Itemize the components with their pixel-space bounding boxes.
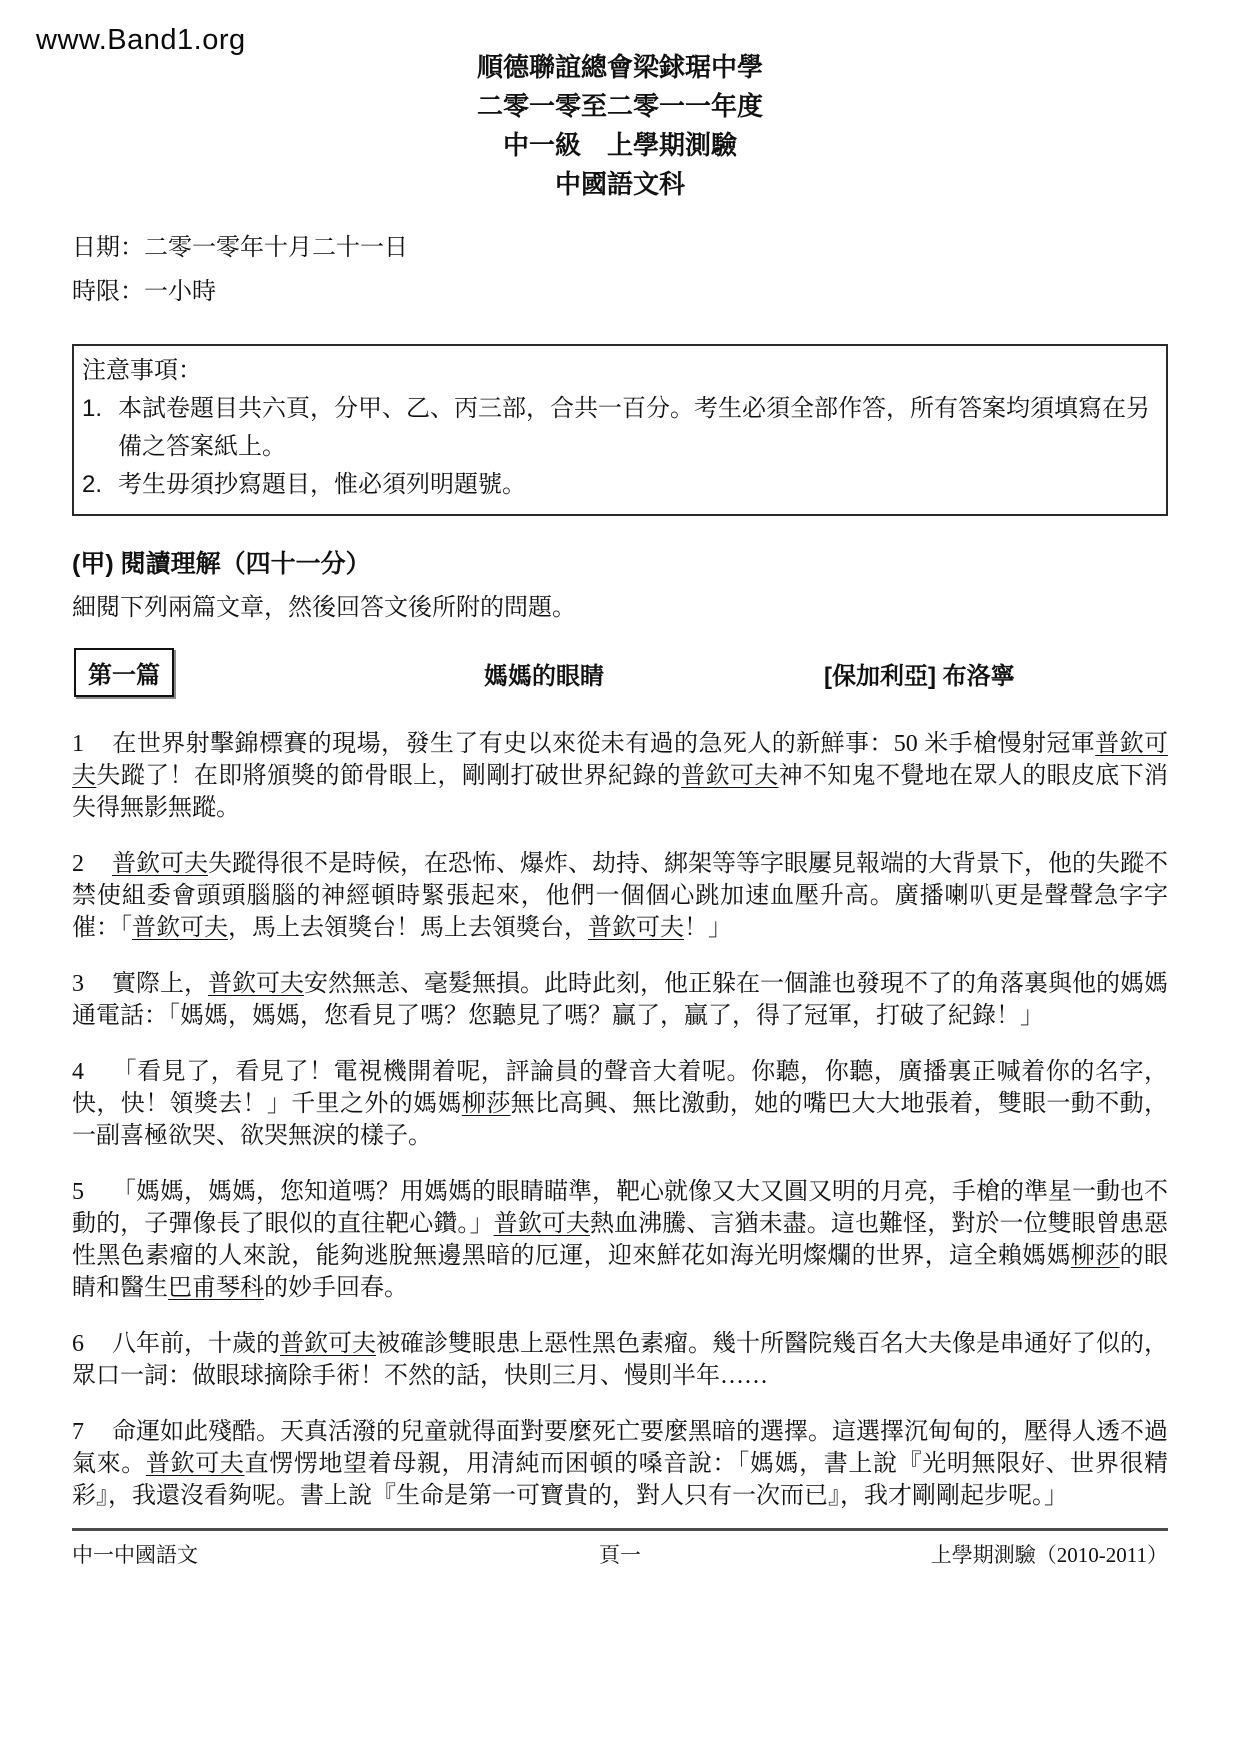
- paragraph-number: 1: [72, 728, 112, 760]
- passage-text: 在世界射擊錦標賽的現場，發生了有史以來從未有過的急死人的新鮮事：50 米手槍慢射…: [112, 731, 1095, 757]
- proper-noun-underlined: 柳莎: [1071, 1243, 1120, 1269]
- passage-header: 第一篇 媽媽的眼睛 [保加利亞] 布洛寧: [72, 648, 1168, 702]
- proper-noun-underlined: 普欽可夫: [132, 915, 228, 941]
- exam-paper-page: www.Band1.org 順德聯誼總會梁銶琚中學 二零一零至二零一一年度 中一…: [0, 0, 1240, 1754]
- proper-noun-underlined: 普欽可夫: [588, 915, 684, 941]
- note-item: 2.考生毋須抄寫題目，惟必須列明題號。: [82, 466, 1156, 504]
- footer-right: 上學期測驗（2010-2011）: [803, 1539, 1168, 1569]
- proper-noun-underlined: 普欽可夫: [280, 1331, 376, 1357]
- passage-text: ，馬上去領獎台！馬上去領獎台，: [228, 915, 588, 941]
- passage-text: 失蹤了！在即將頒獎的節骨眼上，剛剛打破世界紀錄的: [96, 763, 681, 789]
- passage-text: 的妙手回春。: [264, 1275, 408, 1301]
- school-year: 二零一零至二零一一年度: [0, 87, 1240, 126]
- footer-page-number: 頁一: [437, 1539, 802, 1569]
- proper-noun-underlined: 普欽可夫: [494, 1211, 590, 1237]
- exam-time-limit: 時限：一小時: [72, 270, 1168, 314]
- proper-noun-underlined: 巴甫琴科: [168, 1275, 264, 1301]
- exam-meta: 日期：二零一零年十月二十一日 時限：一小時: [72, 226, 1168, 314]
- paragraph-number: 4: [72, 1056, 112, 1088]
- note-item: 1.本試卷題目共六頁，分甲、乙、丙三部，合共一百分。考生必須全部作答，所有答案均…: [82, 390, 1156, 466]
- note-text: 考生毋須抄寫題目，惟必須列明題號。: [118, 466, 1156, 504]
- passage-author: [保加利亞] 布洛寧: [824, 656, 1015, 691]
- notes-box: 注意事項： 1.本試卷題目共六頁，分甲、乙、丙三部，合共一百分。考生必須全部作答…: [72, 344, 1168, 516]
- paragraph-number: 7: [72, 1416, 112, 1448]
- footer-left: 中一中國語文: [72, 1539, 437, 1569]
- notes-list: 1.本試卷題目共六頁，分甲、乙、丙三部，合共一百分。考生必須全部作答，所有答案均…: [82, 390, 1156, 504]
- passage-text: ！」: [684, 915, 732, 941]
- passage-paragraph: 7命運如此殘酷。天真活潑的兒童就得面對要麼死亡要麼黑暗的選擇。這選擇沉甸甸的，壓…: [72, 1416, 1168, 1512]
- paragraph-number: 6: [72, 1328, 112, 1360]
- proper-noun-underlined: 普欽可夫: [112, 851, 208, 877]
- passage-title: 媽媽的眼睛: [484, 656, 604, 691]
- section-heading: (甲) 閱讀理解（四十一分）: [72, 544, 1168, 584]
- proper-noun-underlined: 普欽可夫: [146, 1451, 245, 1477]
- watermark-text: www.Band1.org: [36, 24, 246, 57]
- proper-noun-underlined: 普欽可夫: [208, 971, 304, 997]
- note-number: 2.: [82, 466, 118, 504]
- exam-title: 中一級 上學期測驗: [0, 126, 1240, 165]
- passage-paragraph: 5「媽媽，媽媽，您知道嗎？用媽媽的眼睛瞄準，靶心就像又大又圓又明的月亮，手槍的準…: [72, 1176, 1168, 1304]
- page-footer: 中一中國語文 頁一 上學期測驗（2010-2011）: [72, 1528, 1168, 1569]
- proper-noun-underlined: 柳莎: [462, 1091, 511, 1117]
- passage-paragraph: 6八年前，十歲的普欽可夫被確診雙眼患上惡性黑色素瘤。幾十所醫院幾百名大夫像是串通…: [72, 1328, 1168, 1392]
- exam-date: 日期：二零一零年十月二十一日: [72, 226, 1168, 270]
- paragraph-number: 3: [72, 968, 112, 1000]
- passage-paragraph: 2普欽可夫失蹤得很不是時候，在恐怖、爆炸、劫持、綁架等等字眼屢見報端的大背景下，…: [72, 848, 1168, 944]
- passage-paragraph: 1在世界射擊錦標賽的現場，發生了有史以來從未有過的急死人的新鮮事：50 米手槍慢…: [72, 728, 1168, 824]
- proper-noun-underlined: 普欽可夫: [681, 763, 778, 789]
- passage-paragraph: 4「看見了，看見了！電視機開着呢，評論員的聲音大着呢。你聽，你聽，廣播裏正喊着你…: [72, 1056, 1168, 1152]
- passage-label: 第一篇: [74, 648, 174, 697]
- paragraph-number: 2: [72, 848, 112, 880]
- note-text: 本試卷題目共六頁，分甲、乙、丙三部，合共一百分。考生必須全部作答，所有答案均須填…: [118, 390, 1156, 466]
- paragraph-number: 5: [72, 1176, 112, 1208]
- subject-name: 中國語文科: [0, 165, 1240, 204]
- notes-title: 注意事項：: [82, 352, 1156, 390]
- note-number: 1.: [82, 390, 118, 466]
- passage-body: 1在世界射擊錦標賽的現場，發生了有史以來從未有過的急死人的新鮮事：50 米手槍慢…: [72, 728, 1168, 1512]
- section-instruction: 細閱下列兩篇文章，然後回答文後所附的問題。: [72, 590, 1168, 626]
- passage-text: 八年前，十歲的: [112, 1331, 280, 1357]
- passage-paragraph: 3實際上，普欽可夫安然無恙、毫髮無損。此時此刻，他正躲在一個誰也發現不了的角落裏…: [72, 968, 1168, 1032]
- passage-text: 實際上，: [112, 971, 208, 997]
